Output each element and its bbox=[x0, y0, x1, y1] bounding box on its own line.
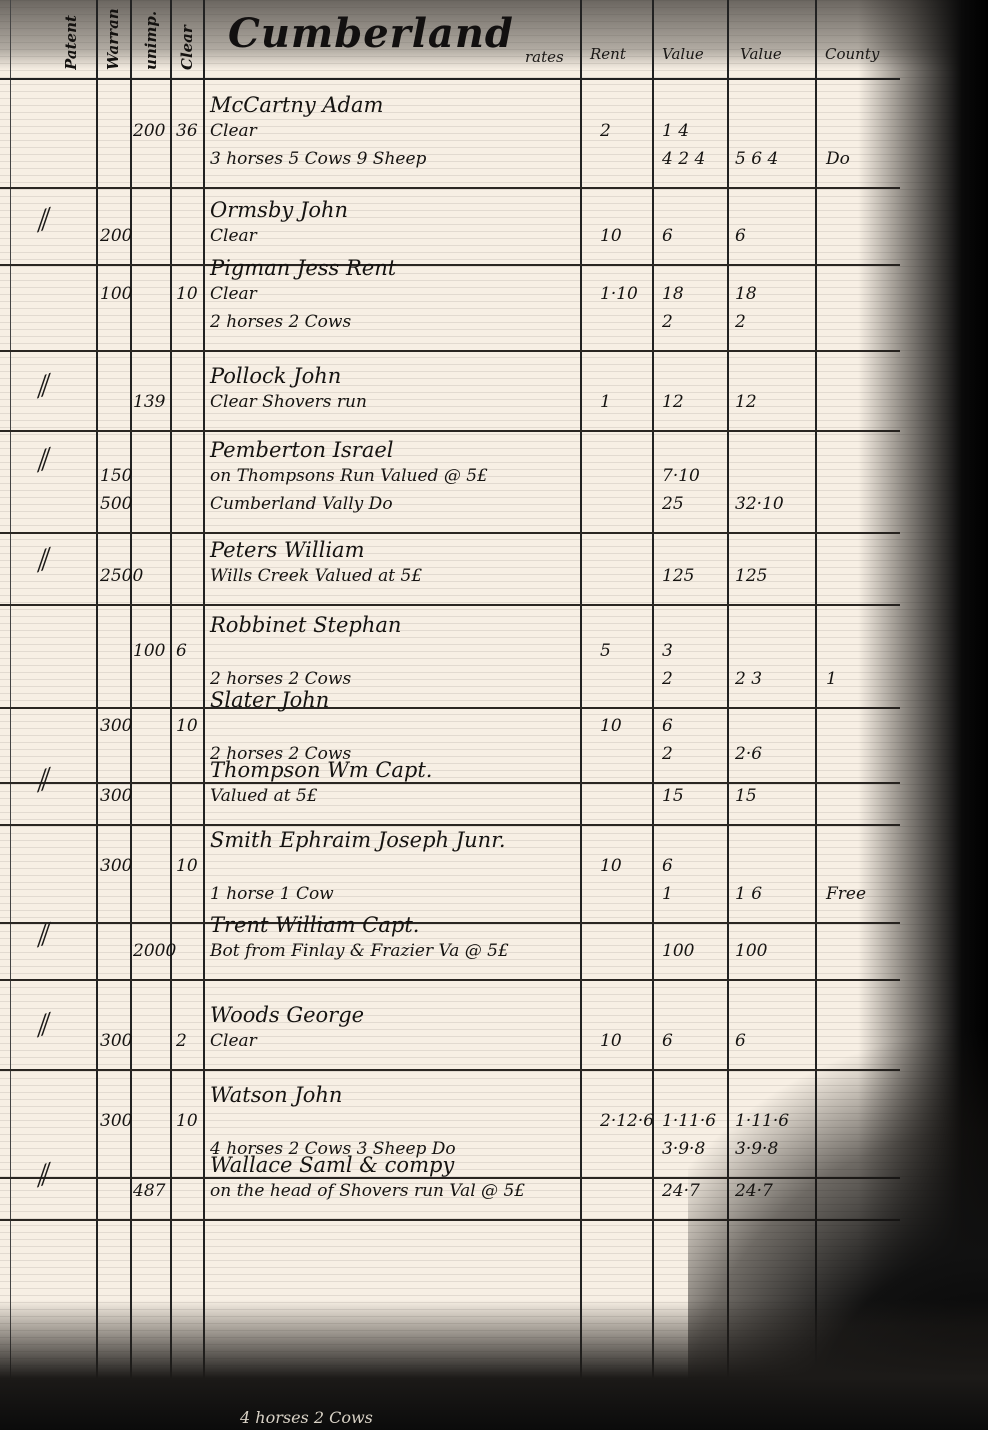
entry-patent: 300 bbox=[100, 1033, 132, 1050]
entry-rule bbox=[0, 430, 900, 432]
entry-val1: 6 bbox=[662, 718, 673, 735]
column-header-cleared: Clear bbox=[178, 8, 196, 70]
entry-rent: 10 bbox=[600, 858, 622, 875]
entry-val2: 15 bbox=[735, 788, 757, 805]
entry-rent: 10 bbox=[600, 228, 622, 245]
entry-val1: 2 bbox=[662, 671, 673, 688]
tally-mark-icon: ⁄⁄ bbox=[35, 920, 53, 951]
entry-rule bbox=[0, 187, 900, 189]
tally-mark-icon: ⁄⁄ bbox=[35, 545, 53, 576]
entry-val1: 12 bbox=[662, 394, 684, 411]
entry-warrant: 2000 bbox=[133, 943, 176, 960]
entry-name: Smith Ephraim Joseph Junr. bbox=[210, 830, 506, 851]
entry-desc: 2 horses 2 Cows bbox=[210, 671, 351, 688]
column-header-patent: Patent bbox=[62, 8, 80, 70]
entry-val1: 18 bbox=[662, 286, 684, 303]
entry-desc: 1 horse 1 Cow bbox=[210, 886, 334, 903]
margin-rule bbox=[10, 0, 11, 1390]
entry-val1: 100 bbox=[662, 943, 694, 960]
header-rule bbox=[0, 78, 900, 80]
entry-val1: 6 bbox=[662, 1033, 673, 1050]
column-rule bbox=[130, 0, 132, 1390]
entry-rule bbox=[0, 350, 900, 352]
entry-rule bbox=[0, 922, 900, 924]
entry-unimp: 10 bbox=[176, 718, 198, 735]
tally-mark-icon: ⁄⁄ bbox=[35, 371, 53, 402]
entry-desc: Cumberland Vally Do bbox=[210, 496, 393, 513]
entry-desc: Clear Shovers run bbox=[210, 394, 367, 411]
entry-desc: Clear bbox=[210, 228, 257, 245]
entry-warrant: 100 bbox=[133, 643, 165, 660]
entry-val2: 1 6 bbox=[735, 886, 762, 903]
entry-rent: 1 bbox=[600, 394, 611, 411]
entry-warrant: 139 bbox=[133, 394, 165, 411]
entry-val1: 1 4 bbox=[662, 123, 689, 140]
entry-name: McCartny Adam bbox=[210, 95, 383, 116]
entry-rule bbox=[0, 782, 900, 784]
column-header-rates: rates bbox=[525, 48, 564, 66]
entry-val2: 32·10 bbox=[735, 496, 784, 513]
entry-val1: 1 bbox=[662, 886, 673, 903]
entry-name: Slater John bbox=[210, 690, 329, 711]
entry-name: Trent William Capt. bbox=[210, 915, 419, 936]
column-rule bbox=[96, 0, 98, 1390]
entry-desc: Valued at 5£ bbox=[210, 788, 318, 805]
entry-patent: 300 bbox=[100, 858, 132, 875]
entry-val2: 18 bbox=[735, 286, 757, 303]
entry-val1: 2 bbox=[662, 314, 673, 331]
tally-mark-icon: ⁄⁄ bbox=[35, 205, 53, 236]
entry-name: Pollock John bbox=[210, 366, 341, 387]
entry-patent: 200 bbox=[100, 228, 132, 245]
entry-desc: 2 horses 2 Cows bbox=[210, 314, 351, 331]
entry-desc: Wills Creek Valued at 5£ bbox=[210, 568, 422, 585]
column-header-warrant: Warrant bbox=[104, 8, 122, 70]
tally-mark-icon: ⁄⁄ bbox=[35, 445, 53, 476]
entry-val1: 25 bbox=[662, 496, 684, 513]
page-title: Cumberland bbox=[228, 10, 514, 57]
entry-county: Do bbox=[826, 151, 850, 168]
entry-unimp: 10 bbox=[176, 858, 198, 875]
entry-name: Peters William bbox=[210, 540, 365, 561]
entry-rent: 2 bbox=[600, 123, 611, 140]
scan-shadow-bottom bbox=[0, 1300, 988, 1430]
entry-name: Wallace Saml & compy bbox=[210, 1155, 454, 1176]
column-header-rent: Rent bbox=[590, 45, 626, 63]
entry-desc: Clear bbox=[210, 1033, 257, 1050]
entry-val2: 6 bbox=[735, 228, 746, 245]
entry-val1: 3 bbox=[662, 643, 673, 660]
entry-warrant: 487 bbox=[133, 1183, 165, 1200]
entry-county: 1 bbox=[826, 671, 837, 688]
entry-desc: Bot from Finlay & Frazier Va @ 5£ bbox=[210, 943, 509, 960]
entry-val1: 7·10 bbox=[662, 468, 700, 485]
entry-val1: 2 bbox=[662, 746, 673, 763]
entry-val1: 6 bbox=[662, 228, 673, 245]
entry-rent: 10 bbox=[600, 718, 622, 735]
entry-patent: 100 bbox=[100, 286, 132, 303]
tally-mark-icon: ⁄⁄ bbox=[35, 1010, 53, 1041]
column-rule bbox=[580, 0, 582, 1390]
entry-patent: 150 bbox=[100, 468, 132, 485]
entry-unimp: 10 bbox=[176, 286, 198, 303]
entry-rent: 10 bbox=[600, 1033, 622, 1050]
column-header-value-a: Value bbox=[662, 45, 704, 63]
entry-rule bbox=[0, 604, 900, 606]
entry-rule bbox=[0, 532, 900, 534]
ledger-page: Patent Warrant unimp. Clear Cumberland r… bbox=[0, 0, 988, 1430]
entry-name: Thompson Wm Capt. bbox=[210, 760, 432, 781]
entry-val1: 125 bbox=[662, 568, 694, 585]
entry-desc: on Thompsons Run Valued @ 5£ bbox=[210, 468, 488, 485]
entry-val1: 4 2 4 bbox=[662, 151, 705, 168]
column-header-value-b: Value bbox=[740, 45, 782, 63]
entry-patent: 2500 bbox=[100, 568, 143, 585]
entry-val2: 2 bbox=[735, 314, 746, 331]
entry-rule bbox=[0, 264, 900, 266]
entry-val1: 15 bbox=[662, 788, 684, 805]
entry-desc: Clear bbox=[210, 286, 257, 303]
entry-unimp: 2 bbox=[176, 1033, 187, 1050]
entry-name: Ormsby John bbox=[210, 200, 348, 221]
entry-desc: 3 horses 5 Cows 9 Sheep bbox=[210, 151, 426, 168]
column-header-unimproved: unimp. bbox=[142, 8, 160, 70]
entry-rent: 1·10 bbox=[600, 286, 638, 303]
entry-unimp: 10 bbox=[176, 1113, 198, 1130]
entry-name: Watson John bbox=[210, 1085, 342, 1106]
entry-val2: 100 bbox=[735, 943, 767, 960]
entry-val2: 125 bbox=[735, 568, 767, 585]
entry-warrant: 200 bbox=[133, 123, 165, 140]
entry-name: Robbinet Stephan bbox=[210, 615, 401, 636]
entry-val1: 6 bbox=[662, 858, 673, 875]
entry-val2: 2 3 bbox=[735, 671, 762, 688]
entry-rent: 5 bbox=[600, 643, 611, 660]
entry-name: Pigman Jess Rent bbox=[210, 258, 396, 279]
entry-val2: 2·6 bbox=[735, 746, 762, 763]
tally-mark-icon: ⁄⁄ bbox=[35, 765, 53, 796]
entry-rule bbox=[0, 824, 900, 826]
entry-rule bbox=[0, 979, 900, 981]
column-rule bbox=[170, 0, 172, 1390]
tally-mark-icon: ⁄⁄ bbox=[35, 1160, 53, 1191]
entry-name: Woods George bbox=[210, 1005, 364, 1026]
entry-name: Pemberton Israel bbox=[210, 440, 394, 461]
entry-val2: 5 6 4 bbox=[735, 151, 778, 168]
entry-patent: 300 bbox=[100, 788, 132, 805]
entry-patent: 500 bbox=[100, 496, 132, 513]
entry-patent: 300 bbox=[100, 718, 132, 735]
entry-rule bbox=[0, 707, 900, 709]
entry-desc: on the head of Shovers run Val @ 5£ bbox=[210, 1183, 525, 1200]
column-rule bbox=[203, 0, 205, 1390]
entry-rent: 2·12·6 bbox=[600, 1113, 654, 1130]
entry-val2: 12 bbox=[735, 394, 757, 411]
entry-unimp: 36 bbox=[176, 123, 198, 140]
entry-patent: 300 bbox=[100, 1113, 132, 1130]
entry-desc: Clear bbox=[210, 123, 257, 140]
next-page-partial-text: 4 horses 2 Cows bbox=[240, 1408, 373, 1427]
column-rule bbox=[652, 0, 654, 1390]
entry-unimp: 6 bbox=[176, 643, 187, 660]
